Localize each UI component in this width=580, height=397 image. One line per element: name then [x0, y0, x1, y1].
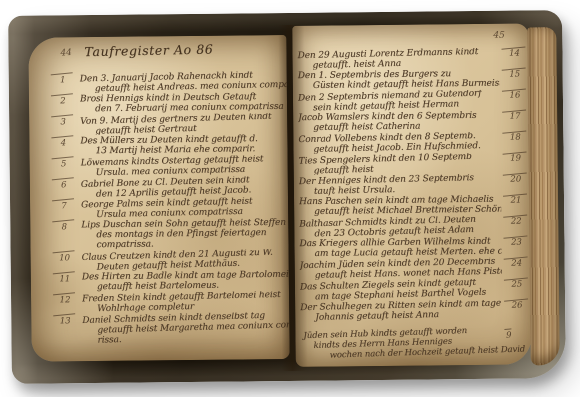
- entry-lines: Den 29 Augusti Lorentz Erdmanns kindtget…: [297, 48, 499, 70]
- entry-number: 1: [53, 73, 73, 85]
- register-entry: 1Den 3. Januarij Jacob Rahenackh kindtge…: [53, 71, 287, 93]
- entry-number: 2: [53, 94, 73, 106]
- entry-number: 5: [54, 157, 74, 169]
- photo-open-manuscript-book: 44 Taufregister Ao 86 1Den 3. Januarij J…: [0, 0, 580, 397]
- entry-line: am tage Lucia getauft heist Merten. ehe …: [315, 247, 502, 259]
- register-entry: Den 2 Septembris niemand zu Gutendorfsei…: [298, 89, 526, 111]
- register-entry: Den 1. Septembris des Burgers zuGüsten k…: [298, 68, 526, 90]
- entry-number: 13: [55, 314, 75, 326]
- entry-lines: Löwemans kindts Ostertag getaufft heistU…: [81, 155, 288, 177]
- entry-number: 16: [504, 89, 526, 100]
- register-entry: 12Freden Stein kindt getaufft Bartelomei…: [55, 291, 289, 313]
- folio-number-right: 45: [493, 32, 505, 41]
- entry-lines: Den 3. Januarij Jacob Rahenackh kindtget…: [80, 71, 287, 93]
- register-entry: Das Schulten Ziegels sein kindt getaufta…: [300, 278, 528, 300]
- entry-line: Güsten kindt getaufft heist Hans Burmeis…: [313, 79, 500, 91]
- entry-lines: Der Schulhegen zu Ritten sein kindt am t…: [300, 300, 502, 322]
- footnote-entry: Jüden sein Hub kindts getaufft wordenkin…: [303, 327, 525, 361]
- register-entry: Joachim Jüden sein kindt den 20 Decembri…: [300, 257, 528, 279]
- entry-lines: Von 9. Martij des gertners zu Deuten kin…: [80, 113, 287, 135]
- entry-number: 23: [505, 236, 527, 247]
- entry-number: 20: [505, 173, 527, 184]
- entry-lines: Jacob Wamslers kindt den 6 Septembrisget…: [298, 111, 500, 133]
- entry-lines: Das Kriegers allhie Garben Wilhelms kind…: [299, 237, 501, 259]
- entry-number: 10: [55, 251, 75, 263]
- left-page-entries: 1Den 3. Januarij Jacob Rahenackh kindtge…: [53, 71, 290, 361]
- footnote-number: 9: [506, 329, 512, 341]
- entry-line: getaufft heist Catherina: [313, 121, 500, 133]
- register-entry: Der Henniges kindt den 23 Septembristauf…: [299, 173, 527, 195]
- entry-number: 21: [505, 194, 527, 205]
- register-entry: 7George Palms sein kindt getaufft heistU…: [54, 197, 288, 219]
- register-entry: Hans Paschen sein kindt am tage Michaeli…: [299, 194, 527, 216]
- register-entry: 11Des Hirten zu Badle kindt am tage Bart…: [55, 270, 289, 292]
- entry-line: getaufft heist Michael Brettmeister Schö…: [314, 205, 501, 217]
- entry-lines: Lips Duschan sein Sohn getaufft heist St…: [81, 218, 288, 250]
- entry-lines: Das Schulten Ziegels sein kindt getaufta…: [300, 279, 502, 301]
- entry-lines: Der Henniges kindt den 23 Septembristauf…: [299, 174, 501, 196]
- entry-lines: Balthasar Schmidts kindt zu Cl. Deutende…: [299, 216, 501, 238]
- register-entry: Conrad Vollebens kindt den 8 Septemb.get…: [298, 131, 526, 153]
- entry-lines: Daniel Schmidts sein kindt denselbst tag…: [82, 312, 289, 344]
- page-fore-edge: [527, 27, 560, 365]
- entry-number: 7: [54, 199, 74, 211]
- leather-book-cover: 44 Taufregister Ao 86 1Den 3. Januarij J…: [8, 10, 566, 384]
- register-entry: Ties Spengelers kindt den 10 Septembgeta…: [299, 152, 527, 174]
- entry-lines: Brosi Hennigs kindt in Deutsch Getauftde…: [80, 92, 287, 114]
- entry-number: 14: [503, 47, 525, 58]
- entry-lines: Gabriel Bone zu Cl. Deuten sein kindtden…: [81, 176, 288, 198]
- entry-number: 17: [504, 110, 526, 121]
- entry-lines: Freden Stein kindt getaufft Bartelomei h…: [82, 291, 289, 313]
- entry-lines: Conrad Vollebens kindt den 8 Septemb.get…: [298, 132, 500, 154]
- entry-lines: Hans Paschen sein kindt am tage Michaeli…: [299, 195, 501, 217]
- entry-lines: Den 2 Septembris niemand zu Gutendorfsei…: [298, 90, 500, 112]
- entry-number: 24: [506, 257, 528, 268]
- register-entry: Balthasar Schmidts kindt zu Cl. Deutende…: [299, 215, 527, 237]
- entry-lines: George Palms sein kindt getaufft heistUr…: [81, 197, 288, 219]
- entry-lines: Joachim Jüden sein kindt den 20 Decembri…: [300, 258, 502, 280]
- entry-lines: Des Hirten zu Badle kindt am tage Bartol…: [82, 270, 289, 292]
- register-entry: 8Lips Duschan sein Sohn getaufft heist S…: [54, 218, 288, 250]
- right-page: 45 Den 29 Augusti Lorentz Erdmanns kindt…: [292, 23, 532, 366]
- entry-number: 26: [506, 299, 528, 310]
- entry-number: 25: [506, 278, 528, 289]
- register-entry: 5Löwemans kindts Ostertag getaufft heist…: [54, 155, 288, 177]
- right-page-entries: Den 29 Augusti Lorentz Erdmanns kindtget…: [297, 47, 528, 322]
- entry-number: 12: [55, 293, 75, 305]
- register-entry: Der Schulhegen zu Ritten sein kindt am t…: [300, 299, 528, 321]
- entry-number: 15: [504, 68, 526, 79]
- entry-lines: Den 1. Septembris des Burgers zuGüsten k…: [298, 69, 500, 91]
- register-entry: 13Daniel Schmidts sein kindt denselbst t…: [55, 312, 289, 344]
- entry-number: 6: [54, 178, 74, 190]
- register-entry: Jacob Wamslers kindt den 6 Septembrisget…: [298, 110, 526, 132]
- entry-lines: Claus Creutzen kindt den 21 Augusti zu W…: [82, 249, 289, 271]
- register-entry: 4Des Müllers zu Deuten kindt getaufft d.…: [53, 134, 287, 156]
- left-page: 44 Taufregister Ao 86 1Den 3. Januarij J…: [28, 35, 289, 362]
- folio-number-left: 44: [60, 49, 72, 59]
- entry-number: 22: [505, 215, 527, 226]
- register-entry: 6Gabriel Bone zu Cl. Deuten sein kindtde…: [54, 176, 288, 198]
- entry-number: 8: [54, 220, 74, 232]
- register-entry: 3Von 9. Martij des gertners zu Deuten ki…: [53, 113, 287, 135]
- entry-number: 18: [504, 131, 526, 142]
- entry-number: 19: [505, 152, 527, 163]
- register-entry: 10Claus Creutzen kindt den 21 Augusti zu…: [55, 249, 289, 271]
- entry-lines: Ties Spengelers kindt den 10 Septembgeta…: [299, 153, 501, 175]
- entry-lines: Des Müllers zu Deuten kindt getaufft d.1…: [80, 134, 287, 156]
- entry-number: 3: [53, 115, 73, 127]
- entry-number: 4: [53, 136, 73, 148]
- register-entry: 2Brosi Hennigs kindt in Deutsch Getauftd…: [53, 92, 287, 114]
- register-entry: Den 29 Augusti Lorentz Erdmanns kindtget…: [297, 47, 525, 69]
- register-entry: Das Kriegers allhie Garben Wilhelms kind…: [299, 236, 527, 258]
- entry-line: 13 Martij heist Maria ehe comparir.: [95, 144, 287, 156]
- register-title: Taufregister Ao 86: [84, 41, 286, 59]
- entry-number: 11: [55, 272, 75, 284]
